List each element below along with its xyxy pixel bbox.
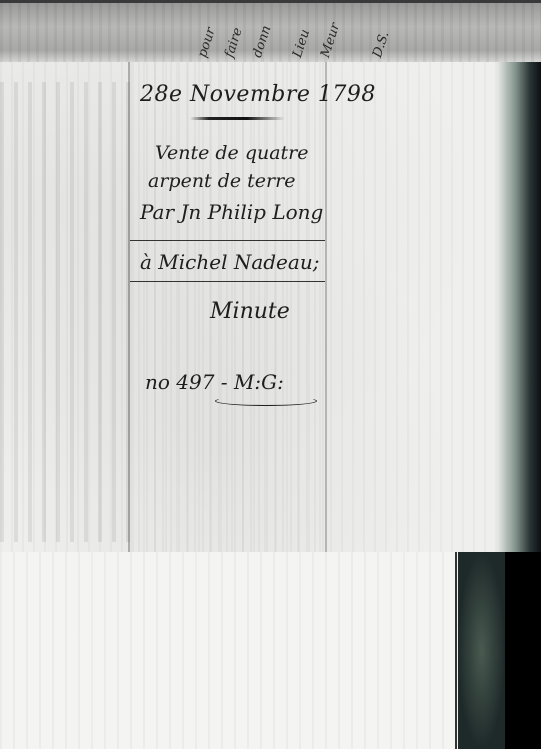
- minute-label: Minute: [210, 299, 290, 324]
- top-scribble: pour: [195, 26, 219, 60]
- top-fold-strip: pour faire donn Lieu Meur D.S.: [0, 0, 541, 62]
- minute-number: no 497 - M:G:: [145, 370, 284, 394]
- top-scribble: D.S.: [370, 30, 393, 60]
- scan-noise: [0, 82, 130, 542]
- deed-date: 28e Novembre 1798: [140, 82, 376, 107]
- fold-line: [128, 62, 130, 552]
- top-scribble: donn: [250, 24, 274, 60]
- deed-buyer-line: à Michel Nadeau;: [140, 250, 319, 274]
- signature-flourish: [215, 396, 317, 406]
- scan-border: [505, 552, 541, 749]
- top-scribble: faire: [222, 26, 246, 60]
- deed-title-line: arpent de terre: [148, 170, 295, 192]
- document-page: 28e Novembre 1798 Vente de quatre arpent…: [0, 62, 541, 552]
- top-scribble: Meur: [318, 21, 343, 59]
- lower-page-fold: [0, 552, 541, 749]
- deed-title-line: Vente de quatre: [155, 142, 309, 164]
- divider: [130, 240, 325, 241]
- deed-seller-line: Par Jn Philip Long: [140, 200, 323, 224]
- date-underline: [190, 117, 285, 120]
- page-edge: [455, 552, 457, 749]
- top-scribble: Lieu: [290, 28, 313, 60]
- divider: [130, 281, 325, 282]
- fold-line: [325, 62, 327, 552]
- scan-background: [458, 552, 505, 749]
- scan-edge-shadow: [496, 62, 541, 552]
